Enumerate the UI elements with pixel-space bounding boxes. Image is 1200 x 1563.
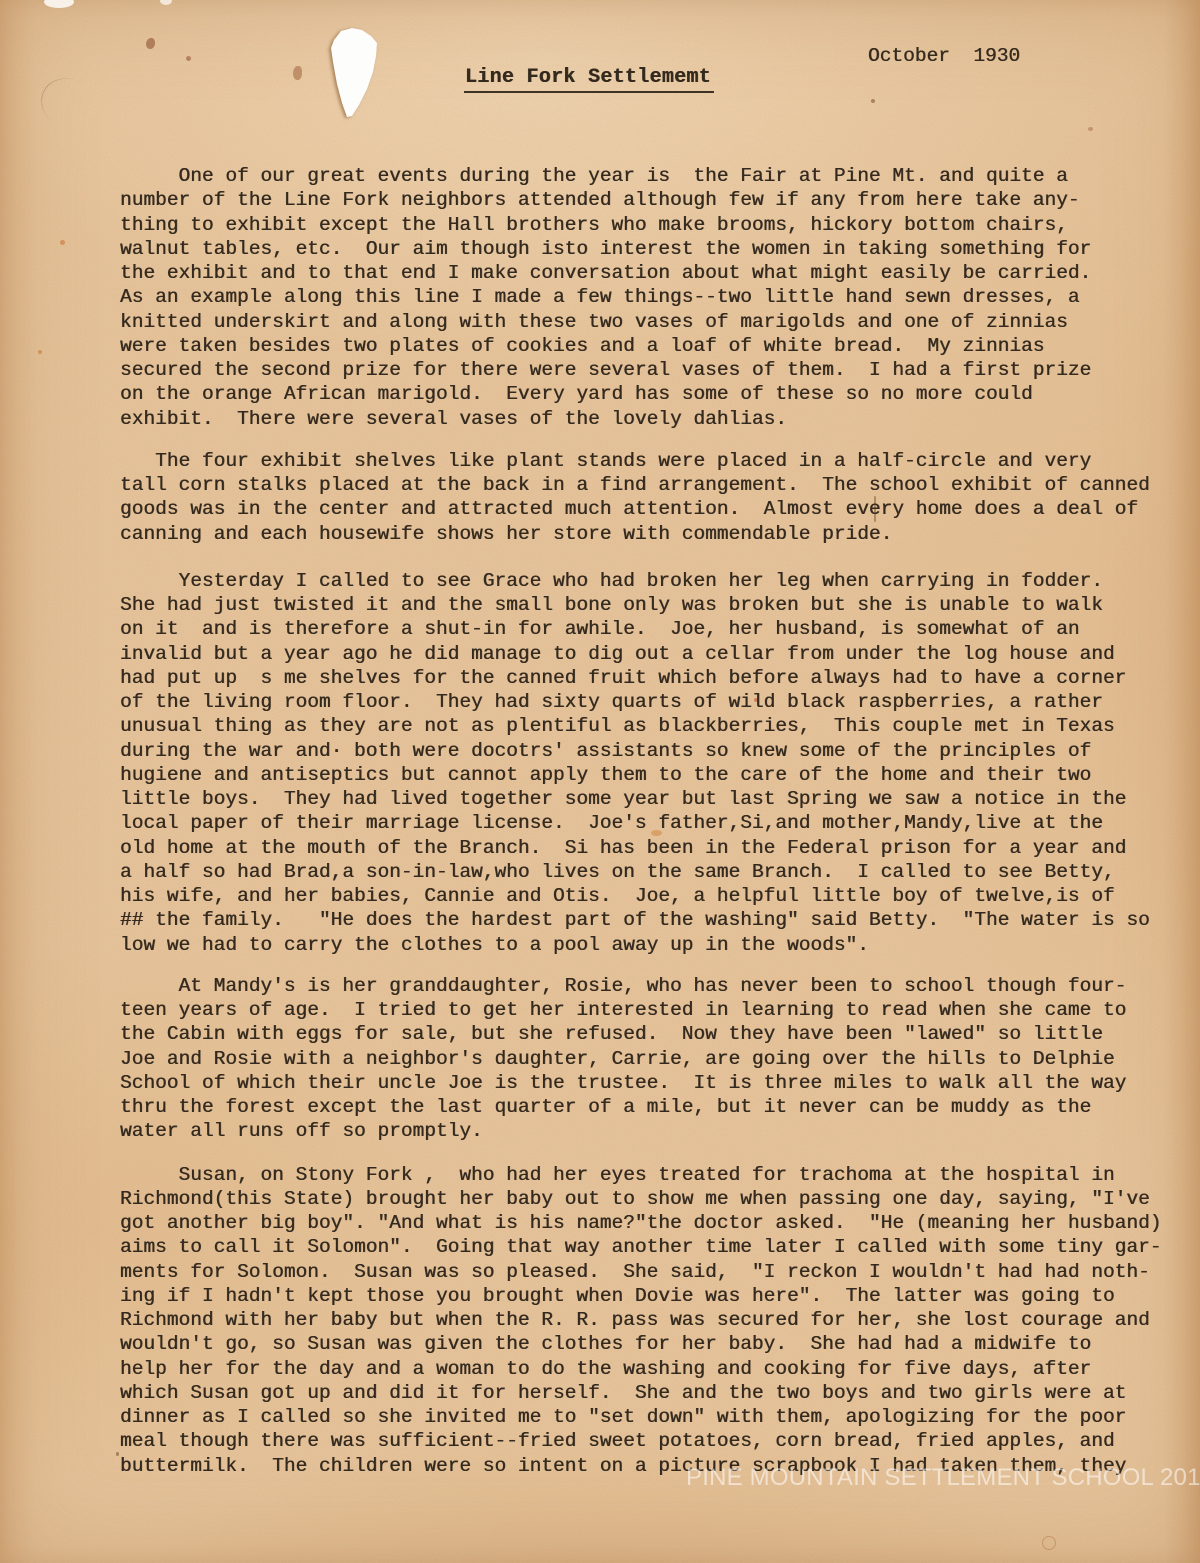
paper-stain xyxy=(1042,1536,1056,1550)
paragraph-susan-stony-fork: Susan, on Stony Fork , who had her eyes … xyxy=(120,1163,1190,1478)
paper-stain xyxy=(186,56,191,61)
paper-tear xyxy=(328,26,382,121)
paper-nick xyxy=(160,0,172,5)
paper-stain xyxy=(60,240,65,245)
paper-stain xyxy=(871,99,875,103)
paper-tear-hole xyxy=(328,26,382,121)
paragraph-mandys-granddaughter: At Mandy's is her granddaughter, Rosie, … xyxy=(120,974,1190,1144)
paper-nick xyxy=(44,0,74,8)
paper-fiber xyxy=(32,68,110,142)
paper-stain xyxy=(293,66,302,80)
paragraph-exhibit-shelves: The four exhibit shelves like plant stan… xyxy=(120,449,1190,546)
paper-stain xyxy=(146,38,155,49)
scanned-page: October 1930 Line Fork Settlememt One of… xyxy=(0,0,1200,1563)
paper-stain xyxy=(38,350,42,354)
paragraph-fair-at-pine-mt: One of our great events during the year … xyxy=(120,164,1190,431)
paper-stain xyxy=(1088,127,1093,131)
document-body: One of our great events during the year … xyxy=(120,164,1190,1478)
paragraph-grace-and-joe: Yesterday I called to see Grace who had … xyxy=(120,569,1190,957)
page-date: October 1930 xyxy=(868,45,1020,67)
document-title: Line Fork Settlememt xyxy=(464,66,714,93)
paper-stain xyxy=(116,1452,119,1456)
